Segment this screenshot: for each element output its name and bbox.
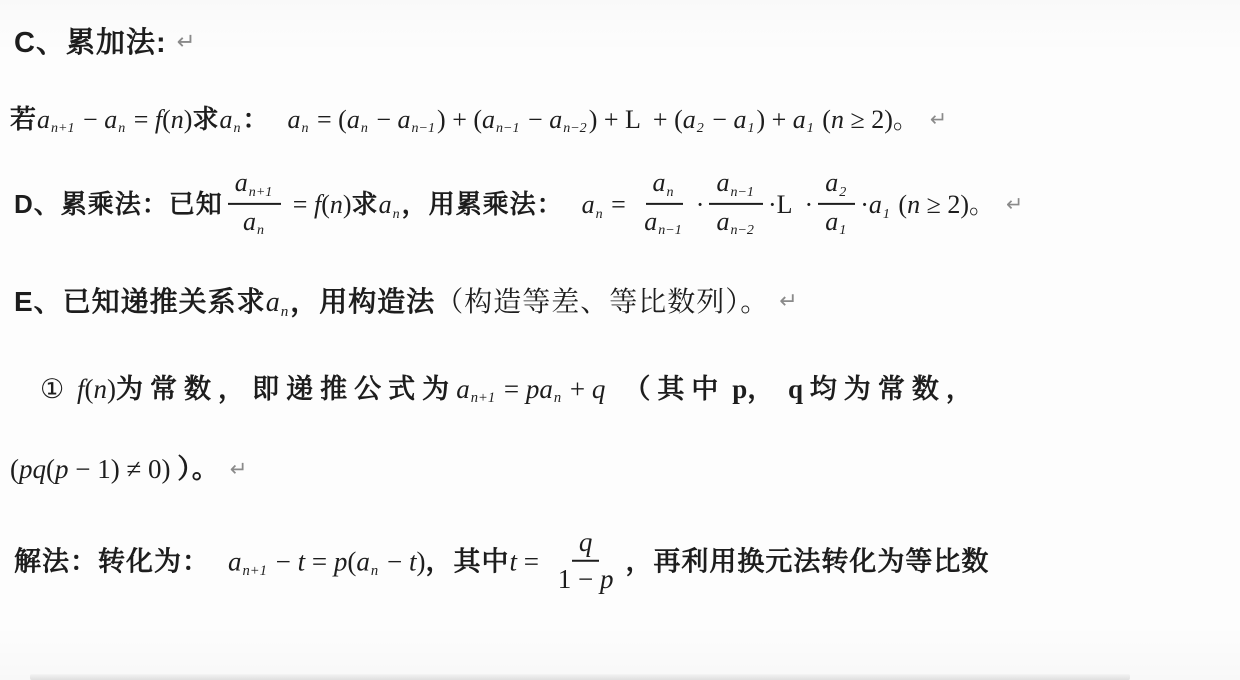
math-run: +: [563, 374, 592, 404]
text-run: ）。: [177, 454, 220, 484]
math-run: a: [398, 105, 411, 134]
math-run: ) + (: [437, 105, 482, 134]
text-run: 其中: [453, 547, 509, 577]
text-run: D、累乘法：: [14, 190, 169, 220]
subscript: n−2: [563, 120, 587, 136]
text-run: 再利用换元法转化为等比数: [653, 547, 989, 577]
case-1-constant-f: ① f(n)为常数，即递推公式为an+1 = pan + q（其中 p， q 均…: [40, 367, 1240, 408]
subscript: n: [554, 390, 561, 406]
math-run: a: [356, 547, 370, 577]
fraction-denominator: a1: [818, 205, 855, 239]
math-run: f: [70, 374, 84, 404]
subscript: 2: [697, 120, 704, 136]
text-run: ，: [425, 547, 453, 577]
fraction: an−1an−2: [709, 168, 763, 238]
paragraph-mark-icon: ↵: [779, 288, 797, 313]
fraction: a2a1: [818, 168, 855, 238]
subscript: n: [393, 206, 400, 222]
subscript: 1: [883, 206, 890, 222]
subscript: n−1: [412, 120, 436, 136]
math-run: pq: [19, 454, 46, 484]
fraction-numerator: a2: [818, 168, 855, 204]
math-run: (: [162, 105, 171, 134]
math-run: t: [509, 547, 517, 577]
subscript: n: [257, 222, 264, 238]
paragraph-mark-icon: ↵: [177, 29, 196, 54]
math-run: (: [10, 454, 19, 484]
math-run: a: [733, 105, 746, 134]
subscript: n: [118, 120, 125, 136]
text-run: （其中: [623, 374, 725, 404]
math-run: −: [269, 547, 298, 577]
text-run: ，用: [290, 286, 348, 317]
math-run: a: [243, 207, 256, 236]
math-run: (: [321, 191, 330, 220]
math-run: p: [600, 563, 614, 593]
math-run: ≥ 2): [844, 105, 893, 134]
math-run: −: [77, 105, 105, 134]
text-run: 已知: [169, 190, 223, 220]
math-run: =: [286, 191, 314, 220]
math-run: a: [235, 168, 248, 197]
math-run: − 1) ≠ 0): [69, 454, 178, 484]
math-run: a: [219, 105, 232, 134]
text-run: E、已知递推关系求: [14, 286, 266, 317]
text-run: ：: [242, 104, 269, 134]
math-run: p: [725, 374, 747, 404]
math-run: −: [522, 105, 550, 134]
subscript: n: [596, 206, 603, 222]
math-run: a: [582, 191, 595, 220]
text-run: 。: [969, 190, 996, 220]
subscript: n−1: [730, 184, 754, 200]
text-run: ，: [747, 374, 781, 404]
math-run: n: [907, 191, 920, 220]
document-content: C、累加法:↵若an+1 − an = f(n)求an：an = (an − a…: [0, 20, 1240, 597]
math-run: pa: [526, 374, 553, 404]
text-run: 均为常数，: [810, 374, 980, 404]
fraction-numerator: an: [646, 168, 683, 204]
math-run: −: [380, 547, 409, 577]
subscript: n+1: [471, 390, 495, 406]
subscript: n: [667, 184, 674, 200]
text-run: 求: [192, 104, 219, 134]
fraction: an+1an: [228, 168, 282, 238]
math-run: =: [497, 374, 526, 404]
subscript: n−2: [730, 222, 754, 238]
math-run: (: [892, 191, 907, 220]
solution-substitution: 解法：转化为：an+1 − t = p(an − t)，其中t = q1 − p…: [14, 530, 1240, 596]
scan-shadow: [30, 674, 1130, 680]
math-run: a: [347, 105, 360, 134]
circled-number: ①: [40, 374, 64, 404]
math-run: −: [706, 105, 734, 134]
text-run: ，用累乘法：: [402, 190, 564, 220]
math-run: a: [793, 105, 806, 134]
subscript: n: [361, 120, 368, 136]
subscript: 1: [747, 120, 754, 136]
math-run: a: [716, 168, 729, 197]
math-run: p: [334, 547, 348, 577]
fraction-numerator: an+1: [228, 168, 282, 204]
subscript: n−1: [496, 120, 520, 136]
subscript: 1: [807, 120, 814, 136]
math-run: (: [46, 454, 55, 484]
subscript: n: [233, 120, 240, 136]
math-run: n: [93, 374, 107, 404]
paragraph-mark-icon: ↵: [230, 458, 248, 481]
fraction-denominator: 1 − p: [551, 561, 621, 593]
subscript: n+1: [243, 563, 267, 579]
math-run: a: [482, 105, 495, 134]
math-run: n: [330, 191, 343, 220]
math-run: a: [549, 105, 562, 134]
math-run: =: [127, 105, 155, 134]
text-run: 解法：转化为：: [14, 547, 210, 577]
fraction-denominator: an−2: [709, 205, 763, 239]
document-page: C、累加法:↵若an+1 − an = f(n)求an：an = (an − a…: [0, 0, 1240, 680]
math-run: a: [104, 105, 117, 134]
math-run: ) + L + (: [589, 105, 683, 134]
math-run: n: [171, 105, 184, 134]
text-run: 构造法: [348, 286, 435, 317]
text-run: 求: [352, 190, 379, 220]
subscript: n: [371, 563, 378, 579]
math-run: ) +: [756, 105, 792, 134]
fraction-numerator: q: [572, 527, 600, 561]
text-run: 为常数，即递推公式为: [116, 374, 456, 404]
math-run: a: [716, 207, 729, 236]
fraction: q1 − p: [551, 527, 621, 593]
math-run: a: [653, 168, 666, 197]
math-run: a: [379, 191, 392, 220]
paragraph-mark-icon: ↵: [930, 109, 947, 131]
math-run: a: [37, 105, 50, 134]
math-run: a: [825, 168, 838, 197]
math-run: ·: [696, 191, 705, 220]
math-run: ·L ·: [768, 191, 813, 220]
math-run: a: [869, 191, 882, 220]
text-run: 。: [893, 104, 920, 134]
math-run: −: [370, 105, 398, 134]
subscript: n+1: [51, 120, 75, 136]
math-run: =: [517, 547, 546, 577]
condition-pq-nonzero: (pq(p − 1) ≠ 0) ）。↵: [10, 447, 1240, 486]
math-run: a: [228, 547, 242, 577]
math-run: ·: [860, 191, 869, 220]
text-run: （构造等差、等比数列）。: [435, 286, 769, 317]
fraction-denominator: an−1: [637, 205, 691, 239]
subscript: n−1: [658, 222, 682, 238]
math-run: =: [305, 547, 334, 577]
math-run: q: [781, 374, 810, 404]
formula-cumulative-addition: 若an+1 − an = f(n)求an：an = (an − an−1) + …: [10, 99, 1240, 137]
fraction-numerator: an−1: [709, 168, 763, 204]
subscript: 1: [839, 222, 846, 238]
subscript: n: [281, 304, 289, 320]
math-run: =: [605, 191, 633, 220]
math-run: a: [288, 105, 301, 134]
math-run: = (: [311, 105, 347, 134]
math-run: a: [825, 207, 838, 236]
math-run: a: [456, 374, 470, 404]
math-run: ): [343, 191, 352, 220]
fraction-denominator: an: [236, 205, 273, 239]
math-run: ): [107, 374, 116, 404]
math-run: a: [266, 287, 280, 318]
text-run: C、累加法:: [14, 27, 167, 59]
subscript: n+1: [249, 184, 273, 200]
text-run: 若: [10, 104, 37, 134]
math-run: ≥ 2): [920, 191, 969, 220]
math-run: p: [55, 454, 69, 484]
math-run: q: [579, 527, 593, 557]
subscript: n: [302, 120, 309, 136]
math-run: n: [831, 105, 844, 134]
math-run: a: [644, 207, 657, 236]
math-run: 1 −: [558, 563, 600, 593]
subscript: 2: [839, 184, 846, 200]
fraction: anan−1: [637, 168, 691, 238]
heading-method-c: C、累加法:↵: [14, 20, 1240, 61]
math-run: q: [592, 374, 606, 404]
math-run: (: [816, 105, 831, 134]
formula-cumulative-multiplication: D、累乘法：已知an+1an = f(n)求an，用累乘法：an = anan−…: [14, 171, 1240, 241]
paragraph-mark-icon: ↵: [1006, 194, 1023, 216]
heading-method-e: E、已知递推关系求an，用构造法（构造等差、等比数列）。↵: [14, 280, 1240, 321]
text-run: ，: [625, 547, 653, 577]
math-run: a: [683, 105, 696, 134]
